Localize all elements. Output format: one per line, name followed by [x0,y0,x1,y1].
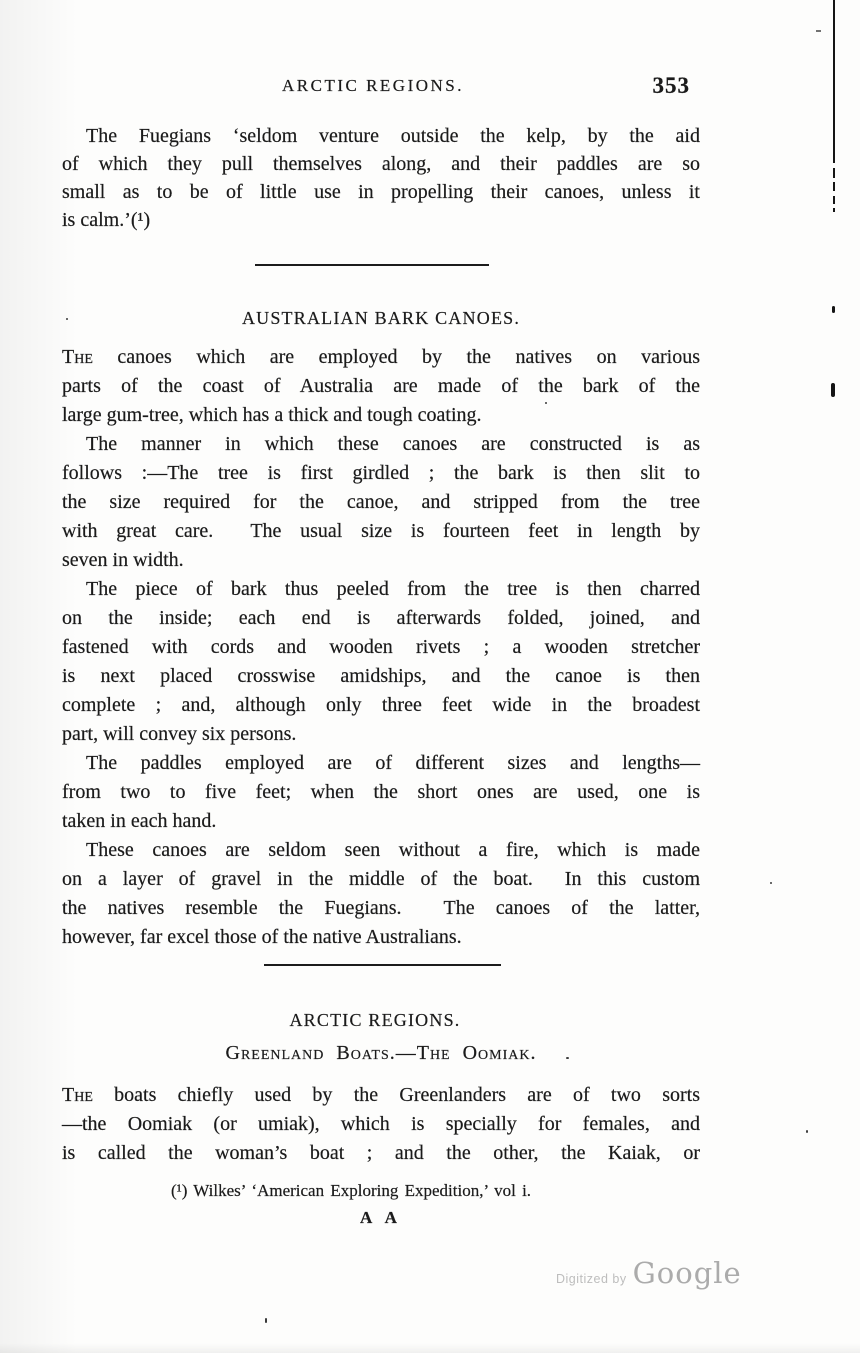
text-line: the natives resemble the Fuegians. The c… [62,894,700,923]
heading-greenland-boats-oomiak: Greenland Boats.—The Oomiak. [62,1042,700,1065]
text-line: taken in each hand. [62,807,700,836]
text-line: parts of the coast of Australia are made… [62,372,700,401]
text-line: however, far excel those of the native A… [62,923,700,952]
text-line: The boats chiefly used by the Greenlande… [62,1081,700,1110]
text-line: follows :—The tree is first girdled ; th… [62,459,700,488]
text-line: part, will convey six persons. [62,720,700,749]
text-line: The manner in which these canoes are con… [62,430,700,459]
section-divider-rule [264,964,501,966]
text-line: is called the woman’s boat ; and the oth… [62,1139,700,1168]
heading-arctic-regions: ARCTIC REGIONS. [56,1010,694,1031]
scan-speck [545,402,547,404]
text-line: large gum-tree, which has a thick and to… [62,401,700,430]
page-edge-mark [832,306,835,313]
running-header-title: ARCTIC REGIONS. [54,76,692,96]
text-line: The Fuegians ‘seldom venture outside the… [62,122,700,150]
text-line: fastened with cords and wooden rivets ; … [62,633,700,662]
text-line: with great care. The usual size is fourt… [62,517,700,546]
scan-speck [265,1318,267,1323]
text-line: complete ; and, although only three feet… [62,691,700,720]
page-edge-line-dash [833,168,835,178]
scan-bottom-shadow [0,1343,860,1353]
lead-word-smallcaps: The [62,1084,93,1106]
text-line: The canoes which are employed by the nat… [62,343,700,372]
lead-word-smallcaps: The [62,346,93,368]
text-line: —the Oomiak (or umiak), which is special… [62,1110,700,1139]
scan-speck [346,1049,348,1051]
scan-speck [566,1057,569,1059]
paragraph-greenland-boats: The boats chiefly used by the Greenlande… [62,1081,700,1168]
line-rest: canoes which are employed by the natives… [93,346,700,368]
digitized-by-label: Digitized by [556,1272,627,1286]
book-page-scan: ARCTIC REGIONS. 353 The Fuegians ‘seldom… [0,0,860,1353]
text-line: from two to five feet; when the short on… [62,778,700,807]
text-line: These canoes are seldom seen without a f… [62,836,700,865]
scan-speck [816,30,821,32]
section-divider-rule [255,264,489,266]
footnote-wilkes: (¹) Wilkes’ ‘American Exploring Expediti… [32,1181,670,1201]
digitized-by-google-watermark: Digitized by Google [556,1256,756,1290]
text-line: on the inside; each end is afterwards fo… [62,604,700,633]
heading-australian-bark-canoes: AUSTRALIAN BARK CANOES. [62,308,700,329]
page-edge-line-dash [833,196,835,204]
text-line: seven in width. [62,546,700,575]
scan-speck [806,1130,808,1133]
paragraph-fuegians: The Fuegians ‘seldom venture outside the… [62,122,700,234]
text-line: is calm.’(¹) [62,206,700,234]
google-logo-text: Google [633,1256,742,1290]
scan-speck [770,882,772,884]
text-line: is next placed crosswise amidships, and … [62,662,700,691]
text-line: The piece of bark thus peeled from the t… [62,575,700,604]
text-line: the size required for the canoe, and str… [62,488,700,517]
text-line: on a layer of gravel in the middle of th… [62,865,700,894]
running-header: ARCTIC REGIONS. 353 [62,76,700,96]
scan-speck [66,318,68,320]
text-line: small as to be of little use in propelli… [62,178,700,206]
text-line: of which they pull themselves along, and… [62,150,700,178]
page-edge-line [833,0,835,163]
signature-mark: A A [62,1208,700,1228]
page-edge-line-dash [833,208,835,212]
body-paragraphs: The canoes which are employed by the nat… [62,343,700,952]
line-rest: boats chiefly used by the Greenlanders a… [93,1084,700,1106]
page-edge-line-dash [833,182,835,191]
page-edge-mark [831,383,835,397]
page-number: 353 [653,73,691,99]
text-line: The paddles employed are of different si… [62,749,700,778]
